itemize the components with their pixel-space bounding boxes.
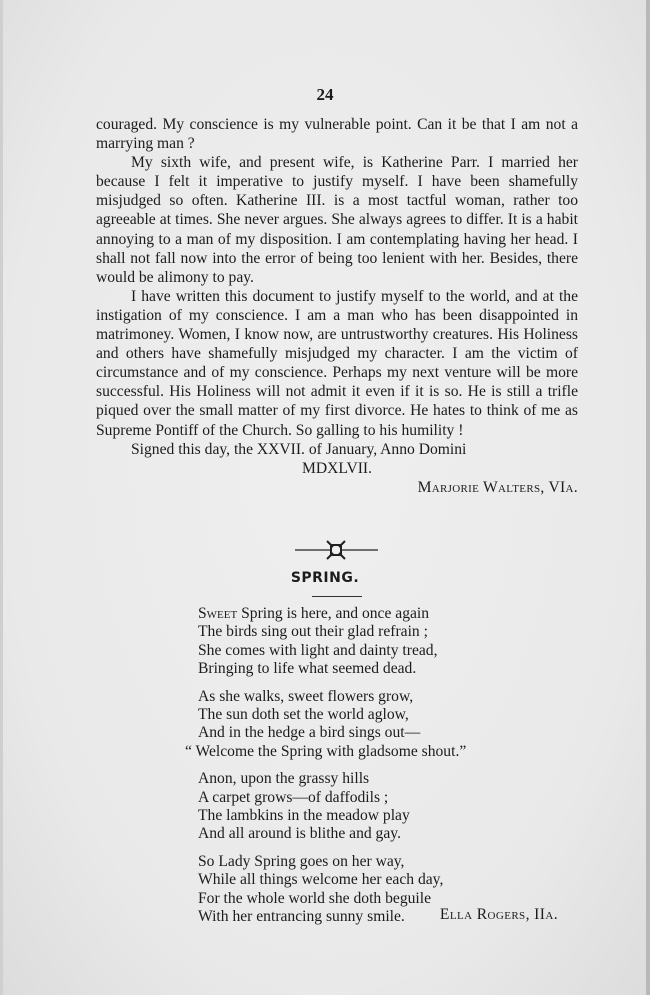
poem-line: The lambkins in the meadow play — [198, 807, 538, 825]
signature: Marjorie Walters, VIa. — [96, 478, 578, 497]
ornament-divider-icon — [0, 538, 650, 562]
poem-line: And in the hedge a bird sings out— — [198, 724, 538, 742]
title-rule — [312, 596, 362, 597]
page-edge — [646, 0, 650, 995]
paragraph: couraged. My conscience is my vulnerable… — [96, 115, 578, 153]
poem-line: Sweet Spring is here, and once again — [198, 605, 538, 623]
paragraph: My sixth wife, and present wife, is Kath… — [96, 153, 578, 287]
poem-line: Anon, upon the grassy hills — [198, 770, 538, 788]
page-number: 24 — [0, 85, 650, 105]
poem-line: She comes with light and dainty tread, — [198, 642, 538, 660]
signed-line: Signed this day, the XXVII. of January, … — [96, 440, 578, 459]
printed-page: 24 couraged. My conscience is my vulnera… — [0, 0, 650, 995]
poem-line: As she walks, sweet flowers grow, — [198, 688, 538, 706]
poem-line: A carpet grows—of daffodils ; — [198, 789, 538, 807]
poem-author: Ella Rogers, IIa. — [440, 906, 558, 924]
poem-line: The birds sing out their glad refrain ; — [198, 623, 538, 641]
poem-line: “ Welcome the Spring with gladsome shout… — [185, 743, 538, 761]
date-line: MDXLVII. — [96, 459, 578, 478]
paragraph: I have written this document to justify … — [96, 287, 578, 440]
poem: Sweet Spring is here, and once again The… — [198, 605, 538, 936]
poem-line: And all around is blithe and gay. — [198, 825, 538, 843]
poem-title: SPRING. — [0, 570, 650, 586]
page-edge — [0, 0, 3, 995]
stanza: Anon, upon the grassy hills A carpet gro… — [198, 770, 538, 843]
drop-word: Sweet — [198, 605, 237, 622]
poem-line: So Lady Spring goes on her way, — [198, 853, 538, 871]
poem-line: Bringing to life what seemed dead. — [198, 660, 538, 678]
stanza: Sweet Spring is here, and once again The… — [198, 605, 538, 678]
stanza: As she walks, sweet flowers grow, The su… — [198, 688, 538, 761]
poem-line: The sun doth set the world aglow, — [198, 706, 538, 724]
poem-line: While all things welcome her each day, — [198, 871, 538, 889]
prose-column: couraged. My conscience is my vulnerable… — [96, 115, 578, 497]
